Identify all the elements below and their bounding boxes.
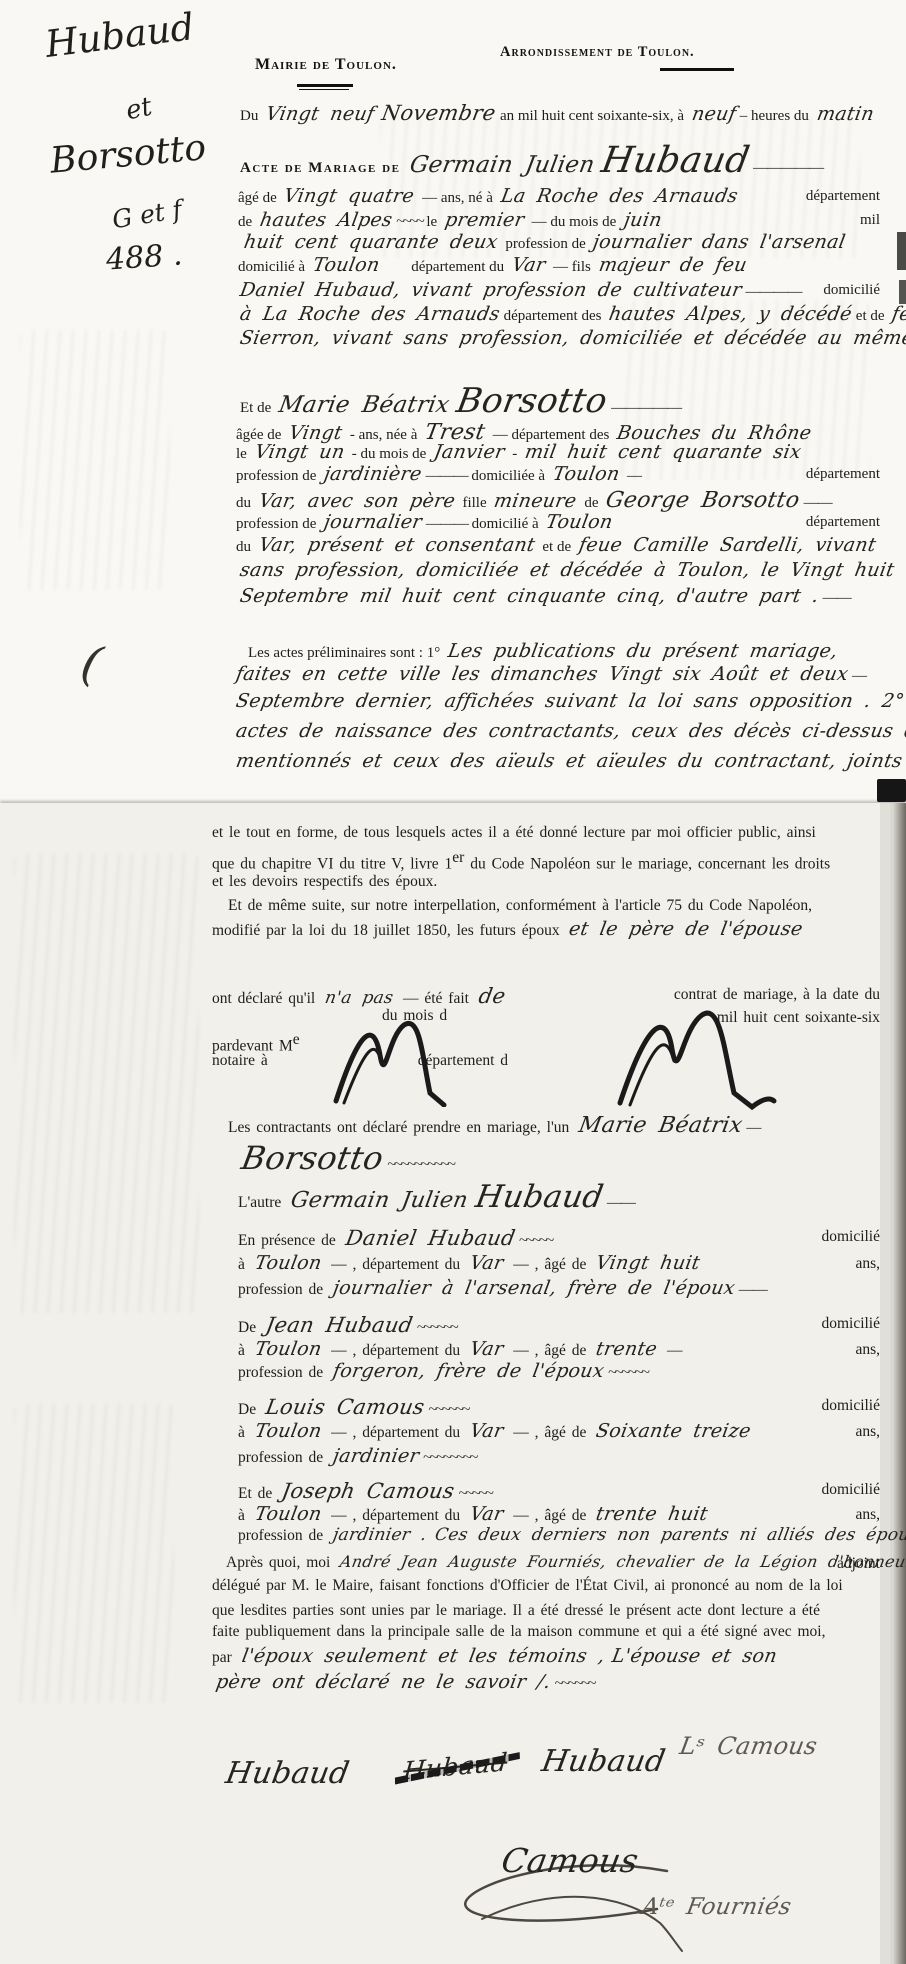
rule-dash: —— — [823, 590, 851, 606]
superscript-text: e — [293, 1031, 300, 1048]
printed-text: département — [806, 187, 880, 206]
printed-text: à — [238, 1507, 251, 1524]
document-line: du Var, présent et consentant et de feue… — [236, 534, 880, 558]
squiggle-rule: ~~~~~ — [519, 1232, 552, 1249]
printed-text: profession de — [236, 468, 320, 484]
printed-text: — été fait — [397, 990, 475, 1007]
printed-text: ont déclaré qu'il — [212, 990, 321, 1007]
handwritten-text: journalier — [322, 511, 424, 535]
document-line: Du Vingt neuf Novembre an mil huit cent … — [240, 100, 880, 127]
printed-text: fille — [459, 495, 491, 511]
printed-text: délégué par M. le Maire, faisant fonctio… — [212, 1577, 843, 1594]
signature-ls-camous: Lˢ Camous — [677, 1731, 819, 1761]
printed-text: du — [236, 495, 255, 511]
printed-text: de — [238, 214, 256, 230]
document-line: à Toulon — , département du Var — , âgé … — [238, 1338, 880, 1362]
document-line: Sierron, vivant sans profession, domicil… — [236, 327, 880, 351]
handwritten-text: André Jean Auguste Fourniés, chevalier d… — [338, 1552, 906, 1572]
printed-text: Et de même suite, sur notre interpellati… — [228, 897, 812, 914]
handwritten-text: jardinière — [322, 463, 424, 487]
handwritten-text: Toulon — [544, 511, 615, 535]
handwritten-text: Toulon — [253, 1338, 324, 1362]
handwritten-text: à La Roche des Arnauds — [238, 303, 502, 327]
rule-dash: —— — [739, 1282, 767, 1298]
scan-artifact — [897, 232, 906, 270]
document-line: profession de forgeron, frère de l'époux… — [238, 1360, 880, 1384]
header-mairie: Mairie de Toulon. — [255, 56, 397, 74]
document-line: que lesdites parties sont unies par le m… — [212, 1601, 880, 1621]
handwritten-text: Toulon — [311, 254, 382, 278]
handwritten-text: majeur de feu — [597, 254, 749, 278]
document-line: à Toulon — , département du Var — , âgé … — [238, 1503, 880, 1527]
squiggle-rule: ~~~~ — [396, 213, 423, 230]
printed-text: du mois d — [382, 1007, 447, 1024]
document-line: à Toulon — , département du Var — , âgé … — [238, 1252, 880, 1276]
signature-temoin-hubaud: Hubaud — [539, 1743, 669, 1781]
document-line: L'autre Germain Julien Hubaud —— — [238, 1178, 880, 1217]
handwritten-text: sans profession, domiciliée et décédée à… — [238, 559, 896, 583]
handwritten-text: Toulon — [253, 1420, 324, 1444]
squiggle-rule: ~~~~~~~~ — [423, 1449, 476, 1466]
handwritten-text: Germain Julien — [289, 1187, 471, 1215]
squiggle-rule: ~~~~~~ — [554, 1675, 594, 1692]
handwritten-text: et le père de l'épouse — [567, 918, 805, 942]
document-line: Et de même suite, sur notre interpellati… — [228, 896, 880, 916]
handwritten-text: premier — [443, 209, 526, 233]
printed-text: – heures du — [740, 108, 813, 124]
printed-text: - du mois de — [348, 446, 430, 462]
header-mairie-rule-2 — [299, 89, 349, 90]
handwritten-text: Borsotto — [238, 1138, 386, 1178]
handwritten-text: Sierron, vivant sans profession, domicil… — [238, 327, 906, 351]
margin-note-initials: G et f — [110, 195, 184, 235]
rule-dash: ——— — [426, 468, 468, 484]
document-line: que du chapitre VI du titre V, livre 1er… — [212, 848, 880, 874]
document-line: du mois dmil huit cent soixante-six — [212, 1006, 880, 1026]
printed-text: — ans, né à — [418, 190, 496, 206]
printed-text: En présence de — [238, 1232, 342, 1249]
handwritten-text: L'épouse et son — [610, 1645, 779, 1669]
page-edge-shadow — [890, 803, 906, 1964]
rule-dash: — — [852, 668, 866, 684]
document-line: délégué par M. le Maire, faisant fonctio… — [212, 1576, 880, 1596]
document-line: âgé de Vingt quatre — ans, né à La Roche… — [238, 185, 880, 209]
printed-text: domicilié à — [468, 516, 543, 532]
handwritten-text: matin — [815, 103, 876, 127]
document-line: Lˢ Camous — [676, 1731, 880, 1761]
document-line: le Vingt un - du mois de Janvier - mil h… — [236, 441, 880, 465]
printed-text: — — [623, 468, 642, 484]
printed-text: département des — [504, 308, 606, 324]
printed-text: — , âgé de — [507, 1342, 592, 1359]
document-line: actes de naissance des contractants, ceu… — [232, 720, 880, 744]
document-line: En présence de Daniel Hubaud ~~~~~domici… — [238, 1225, 880, 1251]
handwritten-text: jardinier . — [331, 1525, 428, 1546]
printed-text: mil — [860, 211, 880, 230]
document-line: à Toulon — , département du Var — , âgé … — [238, 1420, 880, 1444]
scanned-marriage-record: { "document_type": "Acte de mariage (reg… — [0, 0, 906, 1964]
document-line: père ont déclaré ne le savoir /. ~~~~~~ — [212, 1671, 880, 1695]
handwritten-text: Marie Béatrix — [276, 391, 451, 420]
handwritten-text: journalier à l'arsenal, frère de l'époux — [331, 1277, 737, 1301]
printed-text: du — [236, 539, 255, 555]
handwritten-text: huit cent quarante deux — [242, 231, 500, 255]
handwritten-text: Daniel Hubaud, vivant profession de cult… — [238, 279, 744, 303]
squiggle-rule: ~~~~~~ — [608, 1364, 648, 1381]
document-line: profession de jardinière ——— domiciliée … — [236, 463, 880, 487]
document-line: Daniel Hubaud, vivant profession de cult… — [236, 279, 880, 303]
signature-crossed-out: Hubaud — [402, 1747, 509, 1787]
printed-text: domicilié — [821, 1396, 880, 1415]
document-line: à La Roche des Arnauds département des h… — [236, 303, 880, 327]
printed-text: Et de — [240, 400, 275, 416]
squiggle-rule: ~~~~~~ — [417, 1319, 457, 1336]
rule-dash: —— — [804, 495, 832, 511]
handwritten-text: Var — [468, 1252, 505, 1276]
handwritten-text: Var, présent et consentant — [257, 534, 537, 558]
printed-text: et le tout en forme, de tous lesquels ac… — [212, 824, 816, 841]
printed-text: Les actes préliminaires sont : 1° — [248, 645, 444, 661]
handwritten-text: Louis Camous — [264, 1394, 427, 1420]
printed-text: an mil huit cent soixante-six, à — [500, 108, 688, 124]
document-line: huit cent quarante deux profession de jo… — [240, 231, 880, 255]
printed-text: département du — [411, 259, 508, 275]
handwritten-text: hautes Alpes, y décédé — [607, 303, 854, 327]
printed-text: département d — [418, 1052, 508, 1069]
rule-dash: ——— — [426, 516, 468, 532]
margin-note-groom-name: Hubaud — [43, 5, 196, 66]
printed-text: domicilié — [821, 1227, 880, 1246]
signature-camous: Camous — [498, 1840, 641, 1881]
printed-text: Après quoi, moi — [226, 1554, 336, 1571]
handwritten-text: faites en cette ville les dimanches Ving… — [234, 663, 850, 687]
printed-text: domiciliée à — [468, 468, 549, 484]
signature-epoux: Hubaud — [223, 1755, 353, 1793]
handwritten-text: Les publications du présent mariage, — [446, 640, 840, 664]
handwritten-text: Novembre — [380, 100, 498, 126]
document-line: modifié par la loi du 18 juillet 1850, l… — [212, 918, 880, 942]
printed-text: Du — [240, 108, 262, 124]
printed-text: que lesdites parties sont unies par le m… — [212, 1602, 820, 1619]
document-line: profession de jardinier . Ces deux derni… — [238, 1525, 880, 1546]
document-line: Acte de Mariage de Germain Julien Hubaud… — [240, 138, 880, 183]
printed-text: département — [806, 465, 880, 484]
handwritten-text: trente — [594, 1338, 659, 1362]
document-line: Et de Joseph Camous ~~~~~domicilié — [238, 1478, 880, 1504]
printed-text: et de — [856, 308, 888, 324]
ink-bleed-ghost — [20, 330, 170, 590]
handwritten-text: père ont déclaré ne le savoir /. — [214, 1671, 553, 1695]
handwritten-text: journalier dans l'arsenal — [591, 231, 847, 255]
printed-text: âgé de — [238, 190, 280, 206]
printed-text: domicilié à — [238, 259, 309, 275]
printed-text: à — [238, 1256, 251, 1273]
printed-text: profession de — [238, 1281, 329, 1298]
handwritten-text: Toulon — [253, 1503, 324, 1527]
squiggle-rule: ~~~~~ — [458, 1485, 491, 1502]
printed-text: — fils — [549, 259, 594, 275]
printed-text: domicilié — [823, 281, 880, 300]
handwritten-text: Septembre mil huit cent cinquante cinq, … — [238, 585, 821, 609]
document-line: de hautes Alpes ~~~~ le premier — du moi… — [238, 209, 880, 233]
document-line: Borsotto ~~~~~~~~~~ — [238, 1138, 880, 1178]
handwritten-text: Hubaud — [472, 1178, 606, 1217]
document-line: faites en cette ville les dimanches Ving… — [232, 663, 880, 687]
margin-parenthesis-mark: ( — [76, 635, 107, 694]
ink-bleed-ghost — [14, 1403, 174, 1703]
document-line: Septembre mil huit cent cinquante cinq, … — [236, 585, 880, 609]
scan-artifact — [899, 280, 906, 304]
document-line: Septembre dernier, affichées suivant la … — [232, 690, 880, 714]
printed-text: profession de — [502, 236, 590, 252]
printed-text: — , âgé de — [507, 1256, 592, 1273]
rule-dash: ————— — [611, 400, 681, 416]
handwritten-text: hautes Alpes — [258, 209, 394, 233]
printed-text: adjoint — [837, 1554, 880, 1573]
document-line: profession de jardinier ~~~~~~~~ — [238, 1445, 880, 1469]
page-1-scan: Hubaud et Borsotto G et f 488 . ( Mairie… — [0, 0, 906, 803]
superscript-text: er — [452, 849, 464, 866]
handwritten-text: neuf — [690, 103, 738, 127]
printed-text: ans, — [855, 1505, 880, 1524]
page-2-scan: et le tout en forme, de tous lesquels ac… — [0, 803, 906, 1964]
printed-text: à — [238, 1342, 251, 1359]
scan-artifact-corner — [877, 779, 906, 802]
squiggle-rule: ~~~~~~~~~~ — [387, 1156, 454, 1173]
margin-note-et: et — [123, 92, 155, 127]
handwritten-text: feue Marie — [890, 303, 906, 327]
handwritten-text: Septembre dernier, affichées suivant la … — [234, 690, 906, 714]
printed-text: notaire à — [212, 1052, 268, 1069]
margin-note-act-number: 488 . — [105, 237, 184, 277]
document-line: Aᵗᵉ Fourniés — [638, 1893, 880, 1922]
printed-text: et de — [539, 539, 575, 555]
printed-text: profession de — [238, 1527, 329, 1544]
handwritten-text: Marie Béatrix — [577, 1112, 745, 1140]
handwritten-text: Daniel Hubaud — [343, 1225, 517, 1251]
handwritten-text: Soixante treize — [594, 1420, 753, 1444]
handwritten-text: Var — [510, 254, 547, 278]
header-arrondissement: Arrondissement de Toulon. — [500, 44, 695, 61]
printed-text: faite publiquement dans la principale sa… — [212, 1623, 826, 1640]
printed-text: profession de — [238, 1449, 329, 1466]
handwritten-text: mil huit cent quarante six — [523, 441, 803, 465]
handwritten-text: actes de naissance des contractants, ceu… — [234, 720, 906, 744]
printed-text: profession de — [238, 1364, 329, 1381]
handwritten-text: Var — [468, 1338, 505, 1362]
document-line: De Louis Camous ~~~~~~domicilié — [238, 1394, 880, 1420]
handwritten-text: feue Camille Sardelli, vivant — [577, 534, 878, 558]
handwritten-text: Borsotto — [453, 380, 610, 423]
handwritten-text: jardinier — [331, 1445, 421, 1469]
document-line: domicilié à Toulon département du Var — … — [238, 254, 880, 278]
handwritten-text: Germain Julien — [407, 151, 596, 180]
printed-text: ans, — [855, 1422, 880, 1441]
squiggle-rule: ~~~~~~ — [428, 1401, 468, 1418]
printed-text: - — [509, 446, 522, 462]
printed-text: à — [238, 1424, 251, 1441]
rule-dash: ————— — [753, 160, 823, 176]
printed-text: — , département du — [325, 1342, 466, 1359]
printed-text: De — [238, 1401, 262, 1418]
handwritten-text: Ces deux derniers non parents ni alliés … — [433, 1525, 906, 1546]
document-line: Les actes préliminaires sont : 1° Les pu… — [248, 640, 880, 664]
printed-text: le — [423, 214, 441, 230]
header-arrondissement-rule — [660, 68, 734, 71]
handwritten-text: La Roche des Arnauds — [499, 185, 740, 209]
rule-dash: ———— — [746, 284, 802, 300]
document-line: mentionnés et ceux des aïeuls et aïeules… — [232, 750, 880, 774]
printed-text: domicilié — [821, 1314, 880, 1333]
printed-text: domicilié — [821, 1480, 880, 1499]
printed-text: — , âgé de — [507, 1507, 592, 1524]
handwritten-text: mentionnés et ceux des aïeuls et aïeules… — [234, 750, 906, 774]
printed-text: — , âgé de — [507, 1424, 592, 1441]
printed-text: — , département du — [325, 1424, 466, 1441]
printed-text: Les contractants ont déclaré prendre en … — [228, 1119, 575, 1136]
printed-text: et les devoirs respectifs des époux. — [212, 873, 437, 890]
printed-text: De — [238, 1319, 262, 1336]
printed-text: — , département du — [325, 1256, 466, 1273]
printed-text: le — [236, 446, 251, 462]
document-line: par l'époux seulement et les témoins , L… — [212, 1645, 880, 1669]
handwritten-text: Jean Hubaud — [264, 1312, 415, 1338]
document-line: faite publiquement dans la principale sa… — [212, 1622, 880, 1642]
handwritten-text: Joseph Camous — [280, 1478, 457, 1504]
handwritten-text: forgeron, frère de l'époux — [331, 1360, 606, 1384]
handwritten-text: juin — [622, 209, 664, 233]
document-line: notaire àdépartement d — [212, 1051, 880, 1071]
signature-adjoint-fournies: Aᵗᵉ Fourniés — [639, 1893, 793, 1922]
rule-dash: — — [746, 1120, 760, 1136]
document-line: De Jean Hubaud ~~~~~~domicilié — [238, 1312, 880, 1338]
printed-text: — , département du — [325, 1507, 466, 1524]
margin-note-bride-name: Borsotto — [49, 127, 208, 181]
ink-bleed-ghost — [14, 853, 199, 1313]
printed-text: L'autre — [238, 1194, 287, 1211]
printed-text: que du chapitre VI du titre V, livre 1 — [212, 855, 452, 872]
handwritten-text: Janvier — [432, 441, 507, 465]
handwritten-text: Vingt quatre — [282, 185, 416, 209]
document-line: profession de journalier à l'arsenal, fr… — [238, 1277, 880, 1301]
handwritten-text: Vingt un — [252, 441, 346, 465]
handwritten-text: Vingt huit — [594, 1252, 702, 1276]
handwritten-text: Vingt neuf — [264, 103, 376, 127]
document-line: Camous — [498, 1840, 880, 1881]
document-line: Et de Marie Béatrix Borsotto ————— — [240, 380, 880, 423]
handwritten-text: Var — [468, 1420, 505, 1444]
printed-text: Et de — [238, 1485, 278, 1502]
printed-text: — — [661, 1342, 682, 1359]
printed-text: par — [212, 1649, 238, 1666]
document-line: Après quoi, moi André Jean Auguste Fourn… — [226, 1552, 880, 1573]
printed-text: modifié par la loi du 18 juillet 1850, l… — [212, 922, 565, 939]
handwritten-text: l'époux seulement et les témoins , — [240, 1645, 607, 1669]
printed-text: de — [581, 495, 603, 511]
printed-text: mil huit cent soixante-six — [717, 1008, 880, 1027]
rule-dash: —— — [607, 1195, 635, 1211]
document-line: sans profession, domiciliée et décédée à… — [236, 559, 880, 583]
header-mairie-rule — [297, 84, 353, 87]
printed-text: département — [806, 513, 880, 532]
printed-text: — du mois de — [528, 214, 620, 230]
printed-text: profession de — [236, 516, 320, 532]
document-line: Les contractants ont déclaré prendre en … — [228, 1112, 880, 1140]
printed-text: ans, — [855, 1254, 880, 1273]
handwritten-text: Hubaud — [598, 138, 753, 183]
printed-smallcaps-text: Acte de Mariage de — [240, 160, 406, 176]
handwritten-text: trente huit — [594, 1503, 710, 1527]
document-line: et les devoirs respectifs des époux. — [212, 872, 880, 892]
printed-text: contrat de mariage, à la date du — [674, 985, 880, 1004]
document-line: profession de journalier ——— domicilié à… — [236, 511, 880, 535]
printed-text: du Code Napoléon sur le mariage, concern… — [464, 855, 830, 872]
printed-text: ans, — [855, 1340, 880, 1359]
handwritten-text: Toulon — [551, 463, 622, 487]
handwritten-text: Toulon — [253, 1252, 324, 1276]
handwritten-text: Var — [468, 1503, 505, 1527]
document-line: et le tout en forme, de tous lesquels ac… — [212, 823, 880, 843]
